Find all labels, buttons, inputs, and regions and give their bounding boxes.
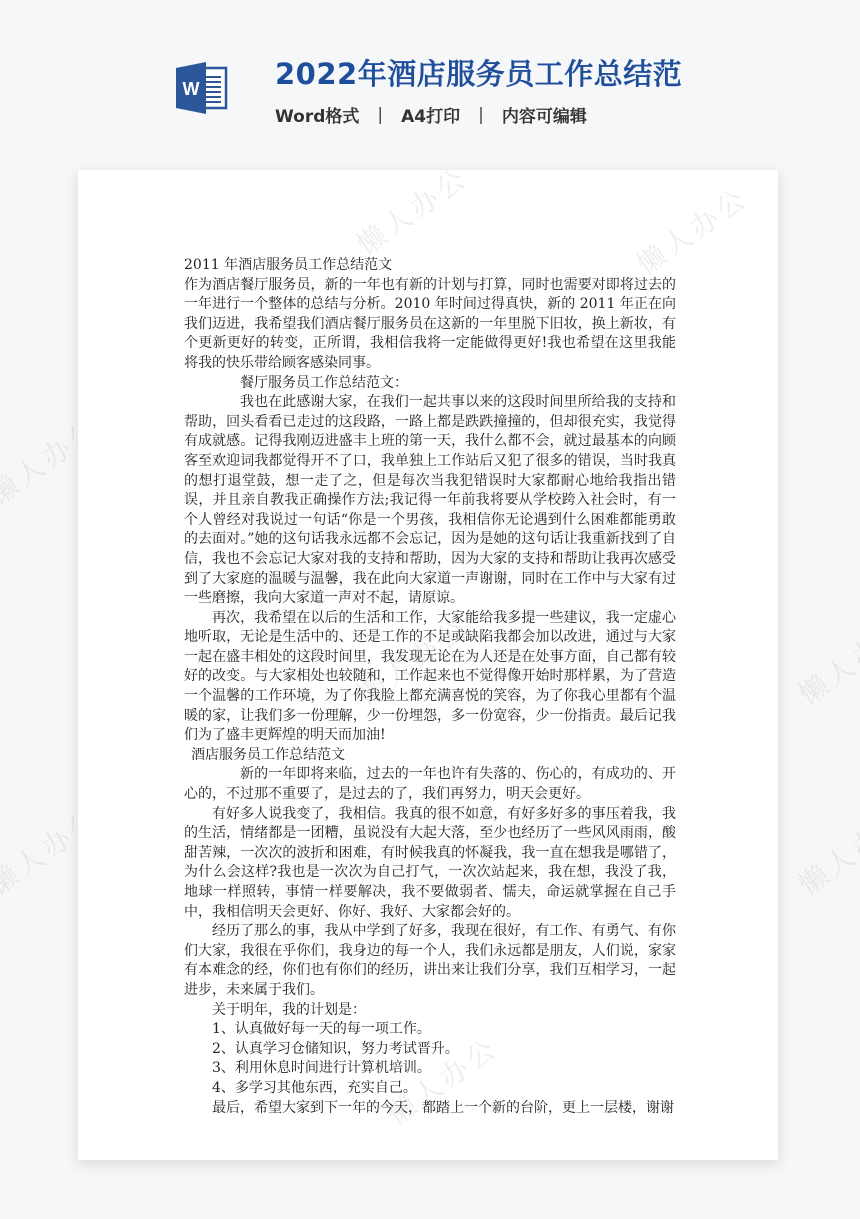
paragraph: 关于明年，我的计划是： <box>184 1001 676 1021</box>
paragraph: 最后，希望大家到下一年的今天，都踏上一个新的台阶，更上一层楼，谢谢 <box>184 1099 676 1119</box>
list-item: 4、多学习其他东西，充实自己。 <box>184 1079 676 1099</box>
list-item: 3、利用休息时间进行计算机培训。 <box>184 1059 676 1079</box>
paragraph: 新的一年即将来临，过去的一年也许有失落的、伤心的，有成功的、开心的，不过那不重要… <box>184 765 676 804</box>
list-item: 1、认真做好每一天的每一项工作。 <box>184 1020 676 1040</box>
document-page: 懒人办公 懒人办公 懒人办公 懒人办公 2011 年酒店服务员工作总结范文 作为… <box>78 170 778 1160</box>
document-title: 2022年酒店服务员工作总结范 <box>275 52 682 93</box>
paragraph: 有好多人说我变了，我相信。我真的很不如意，有好多好多的事压着我，我的生活，情绪都… <box>184 805 676 923</box>
separator: | <box>377 105 383 125</box>
section-heading: 餐厅服务员工作总结范文： <box>184 374 676 394</box>
format-info-row: Word格式 | A4打印 | 内容可编辑 <box>275 102 587 127</box>
document-heading: 2011 年酒店服务员工作总结范文 <box>184 256 676 276</box>
section-heading: 酒店服务员工作总结范文 <box>184 746 676 766</box>
paragraph: 作为酒店餐厅服务员，新的一年也有新的计划与打算，同时也需要对即将过去的一年进行一… <box>184 276 676 374</box>
watermark: 懒人办公 <box>790 797 860 903</box>
print-label: A4打印 <box>401 102 460 127</box>
editable-label: 内容可编辑 <box>502 102 587 127</box>
paragraph: 经历了那么的事，我从中学到了好多，我现在很好，有工作、有勇气、有你们大家，我很在… <box>184 922 676 1000</box>
list-item: 2、认真学习仓储知识，努力考试晋升。 <box>184 1040 676 1060</box>
document-body: 2011 年酒店服务员工作总结范文 作为酒店餐厅服务员，新的一年也有新的计划与打… <box>184 256 676 1118</box>
watermark: 懒人办公 <box>348 170 476 263</box>
watermark: 懒人办公 <box>790 607 860 713</box>
format-label: Word格式 <box>275 102 359 127</box>
document-header: W 2022年酒店服务员工作总结范 Word格式 | A4打印 | 内容可编辑 <box>0 0 860 160</box>
svg-text:W: W <box>183 79 200 99</box>
separator: | <box>478 105 484 125</box>
paragraph: 再次，我希望在以后的生活和工作，大家能给我多提一些建议，我一定虚心地听取，无论是… <box>184 609 676 746</box>
word-document-icon: W <box>174 60 230 116</box>
paragraph: 我也在此感谢大家，在我们一起共事以来的这段时间里所给我的支持和帮助，回头看看已走… <box>184 393 676 609</box>
